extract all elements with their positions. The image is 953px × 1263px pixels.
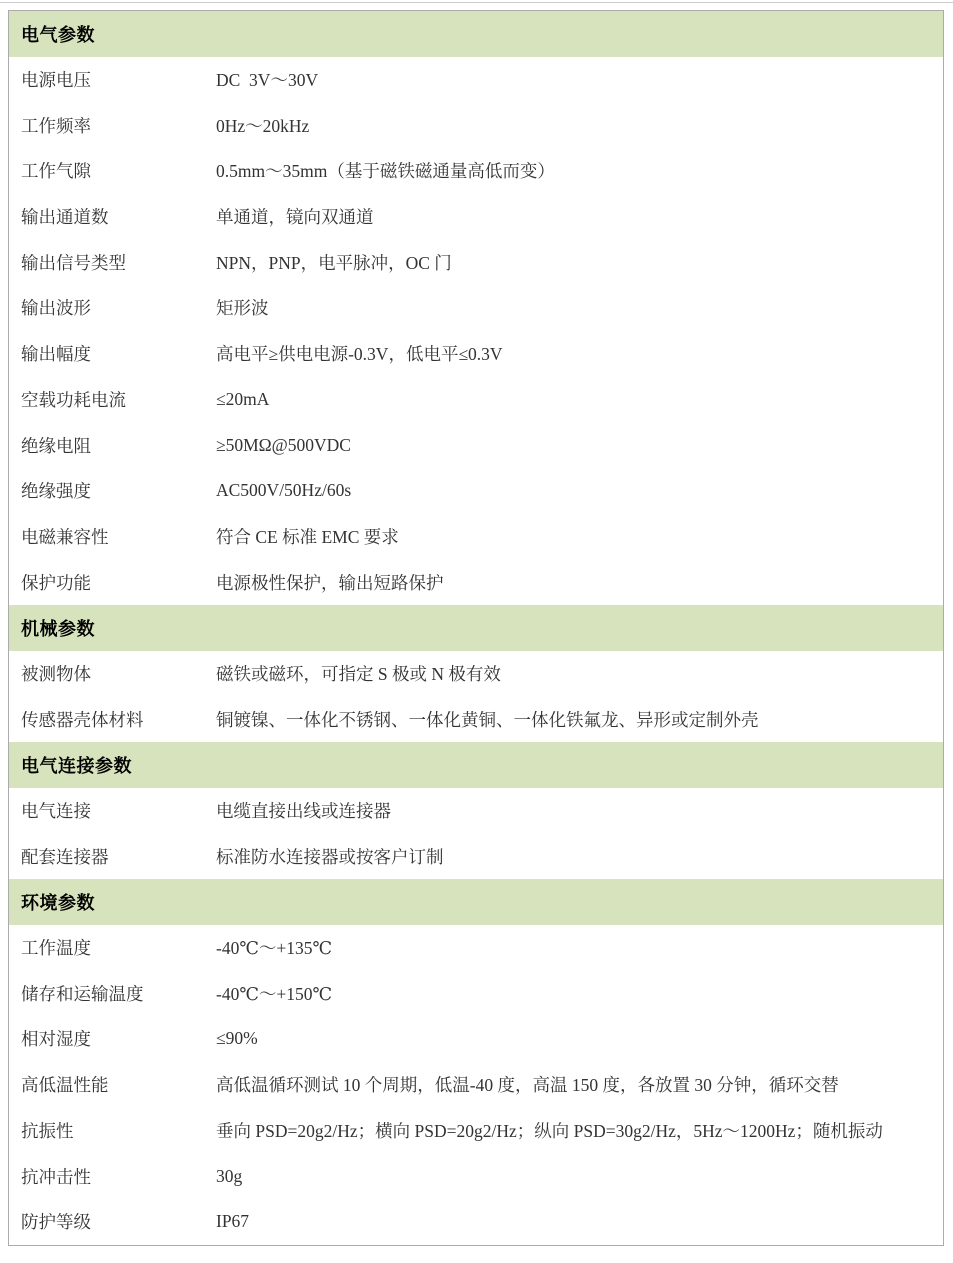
row-label: 输出波形 bbox=[9, 295, 216, 320]
section-title: 环境参数 bbox=[21, 889, 95, 915]
section-title: 机械参数 bbox=[21, 615, 95, 641]
row-value: 符合 CE 标准 EMC 要求 bbox=[216, 524, 943, 549]
row-value: 电源极性保护，输出短路保护 bbox=[216, 570, 943, 595]
row-label: 抗冲击性 bbox=[9, 1164, 216, 1189]
table-row: 配套连接器标准防水连接器或按客户订制 bbox=[9, 833, 943, 879]
page-top-rule bbox=[0, 2, 953, 3]
row-value: ≤20mA bbox=[216, 389, 943, 410]
row-value: IP67 bbox=[216, 1211, 943, 1232]
row-label: 工作频率 bbox=[9, 113, 216, 138]
row-label: 空载功耗电流 bbox=[9, 387, 216, 412]
row-value: 高低温循环测试 10 个周期，低温-40 度，高温 150 度，各放置 30 分… bbox=[216, 1072, 943, 1097]
row-label: 高低温性能 bbox=[9, 1072, 216, 1097]
row-label: 防护等级 bbox=[9, 1209, 216, 1234]
row-value: 30g bbox=[216, 1166, 943, 1187]
row-label: 绝缘强度 bbox=[9, 478, 216, 503]
table-row: 传感器壳体材料铜镀镍、一体化不锈钢、一体化黄铜、一体化铁氟龙、异形或定制外壳 bbox=[9, 696, 943, 742]
row-value: 矩形波 bbox=[216, 295, 943, 320]
row-label: 工作温度 bbox=[9, 935, 216, 960]
table-row: 相对湿度≤90% bbox=[9, 1016, 943, 1062]
section-title: 电气连接参数 bbox=[21, 752, 132, 778]
table-row: 输出幅度高电平≥供电电源-0.3V，低电平≤0.3V bbox=[9, 331, 943, 377]
row-value: AC500V/50Hz/60s bbox=[216, 480, 943, 501]
section-header: 环境参数 bbox=[9, 879, 943, 925]
row-value: 铜镀镍、一体化不锈钢、一体化黄铜、一体化铁氟龙、异形或定制外壳 bbox=[216, 707, 943, 732]
table-row: 工作频率0Hz～20kHz bbox=[9, 102, 943, 148]
table-row: 工作气隙0.5mm～35mm（基于磁铁磁通量高低而变） bbox=[9, 148, 943, 194]
table-row: 空载功耗电流≤20mA bbox=[9, 377, 943, 423]
table-row: 电气连接电缆直接出线或连接器 bbox=[9, 788, 943, 834]
row-value: NPN，PNP，电平脉冲，OC 门 bbox=[216, 250, 943, 275]
section-title: 电气参数 bbox=[21, 21, 95, 47]
row-label: 输出幅度 bbox=[9, 341, 216, 366]
row-label: 被测物体 bbox=[9, 661, 216, 686]
table-row: 防护等级IP67 bbox=[9, 1199, 943, 1245]
row-value: ≥50MΩ@500VDC bbox=[216, 435, 943, 456]
row-value: -40℃～+135℃ bbox=[216, 935, 943, 960]
table-row: 绝缘电阻≥50MΩ@500VDC bbox=[9, 422, 943, 468]
table-row: 输出波形矩形波 bbox=[9, 285, 943, 331]
row-label: 相对湿度 bbox=[9, 1026, 216, 1051]
table-row: 抗振性垂向 PSD=20g2/Hz；横向 PSD=20g2/Hz；纵向 PSD=… bbox=[9, 1108, 943, 1154]
row-value: 垂向 PSD=20g2/Hz；横向 PSD=20g2/Hz；纵向 PSD=30g… bbox=[216, 1118, 943, 1143]
row-value: 标准防水连接器或按客户订制 bbox=[216, 844, 943, 869]
table-row: 绝缘强度AC500V/50Hz/60s bbox=[9, 468, 943, 514]
row-label: 抗振性 bbox=[9, 1118, 216, 1143]
row-value: 电缆直接出线或连接器 bbox=[216, 798, 943, 823]
table-row: 高低温性能高低温循环测试 10 个周期，低温-40 度，高温 150 度，各放置… bbox=[9, 1062, 943, 1108]
table-row: 电源电压DC 3V～30V bbox=[9, 57, 943, 103]
table-row: 电磁兼容性符合 CE 标准 EMC 要求 bbox=[9, 514, 943, 560]
section-header: 电气连接参数 bbox=[9, 742, 943, 788]
table-row: 抗冲击性30g bbox=[9, 1153, 943, 1199]
row-value: -40℃～+150℃ bbox=[216, 981, 943, 1006]
row-value: 单通道，镜向双通道 bbox=[216, 204, 943, 229]
row-label: 储存和运输温度 bbox=[9, 981, 216, 1006]
row-value: 0Hz～20kHz bbox=[216, 113, 943, 138]
row-value: DC 3V～30V bbox=[216, 67, 943, 92]
spec-table: 电气参数电源电压DC 3V～30V工作频率0Hz～20kHz工作气隙0.5mm～… bbox=[8, 10, 944, 1246]
row-label: 传感器壳体材料 bbox=[9, 707, 216, 732]
row-label: 保护功能 bbox=[9, 570, 216, 595]
table-row: 输出信号类型NPN，PNP，电平脉冲，OC 门 bbox=[9, 239, 943, 285]
table-row: 被测物体磁铁或磁环，可指定 S 极或 N 极有效 bbox=[9, 651, 943, 697]
row-label: 电磁兼容性 bbox=[9, 524, 216, 549]
section-header: 机械参数 bbox=[9, 605, 943, 651]
table-row: 输出通道数单通道，镜向双通道 bbox=[9, 194, 943, 240]
section-header: 电气参数 bbox=[9, 11, 943, 57]
row-label: 电气连接 bbox=[9, 798, 216, 823]
row-label: 输出通道数 bbox=[9, 204, 216, 229]
row-label: 工作气隙 bbox=[9, 158, 216, 183]
row-value: ≤90% bbox=[216, 1028, 943, 1049]
row-label: 配套连接器 bbox=[9, 844, 216, 869]
table-row: 储存和运输温度-40℃～+150℃ bbox=[9, 970, 943, 1016]
table-row: 工作温度-40℃～+135℃ bbox=[9, 925, 943, 971]
row-label: 电源电压 bbox=[9, 67, 216, 92]
table-row: 保护功能电源极性保护，输出短路保护 bbox=[9, 559, 943, 605]
row-value: 高电平≥供电电源-0.3V，低电平≤0.3V bbox=[216, 341, 943, 366]
row-value: 磁铁或磁环，可指定 S 极或 N 极有效 bbox=[216, 661, 943, 686]
row-value: 0.5mm～35mm（基于磁铁磁通量高低而变） bbox=[216, 158, 943, 183]
row-label: 输出信号类型 bbox=[9, 250, 216, 275]
row-label: 绝缘电阻 bbox=[9, 433, 216, 458]
